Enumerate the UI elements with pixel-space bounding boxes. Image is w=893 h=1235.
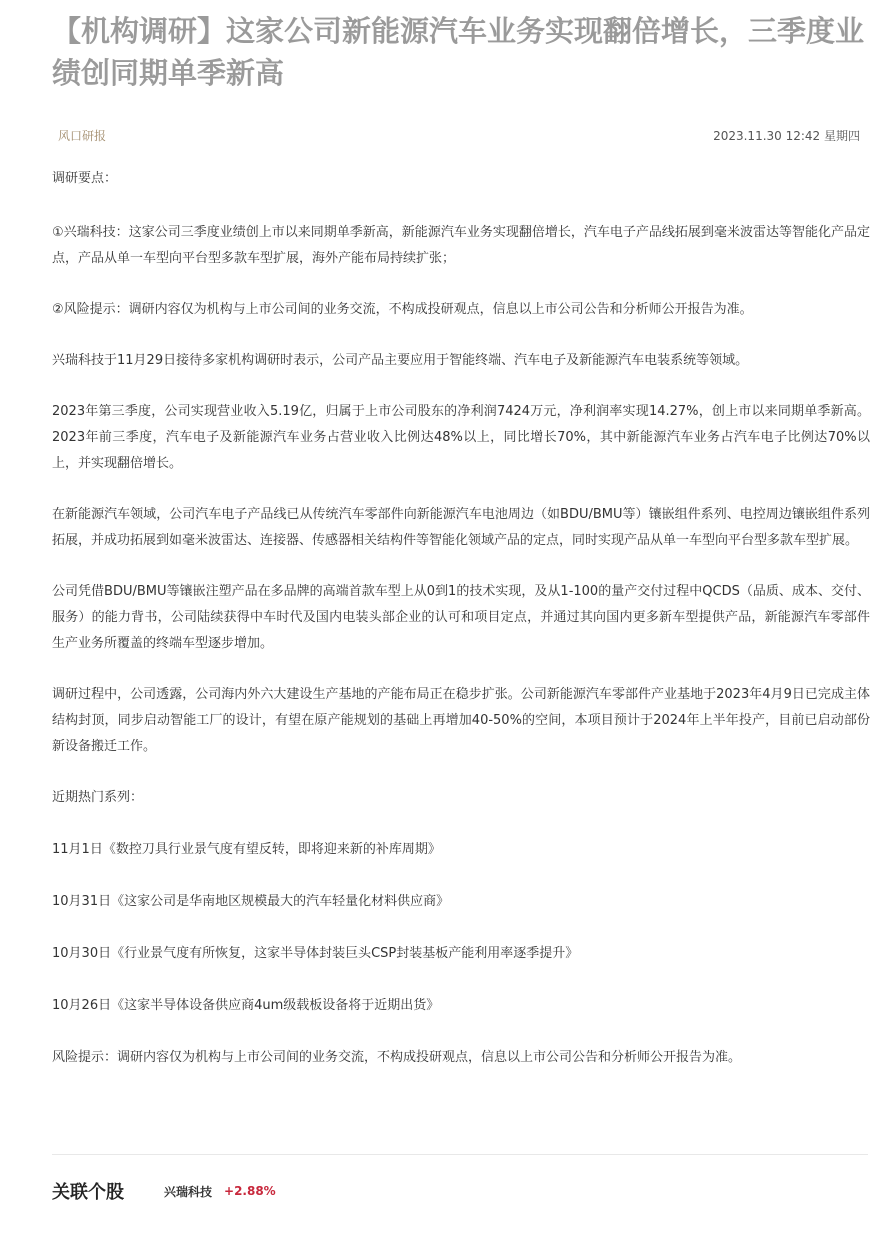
paragraph-point-1: ①兴瑞科技：这家公司三季度业绩创上市以来同期单季新高，新能源汽车业务实现翻倍增长… [52,220,870,272]
hot-series-item[interactable]: 10月26日《这家半导体设备供应商4um级载板设备将于近期出货》 [52,993,870,1019]
paragraph-capacity: 调研过程中，公司透露，公司海内外六大建设生产基地的产能布局正在稳步扩张。公司新能… [52,682,870,760]
hot-series-item[interactable]: 10月30日《行业景气度有所恢复，这家半导体封装巨头CSP封装基板产能利用率逐季… [52,941,870,967]
stock-link[interactable]: 兴瑞科技 [164,1183,212,1200]
hot-series-item[interactable]: 10月31日《这家公司是华南地区规模最大的汽车轻量化材料供应商》 [52,889,870,915]
hot-series-heading: 近期热门系列： [52,785,870,811]
article: 【机构调研】这家公司新能源汽车业务实现翻倍增长，三季度业绩创同期单季新高 风口研… [52,0,870,1096]
article-meta: 风口研报 2023.11.30 12:42 星期四 [52,126,870,146]
related-stocks: 关联个股 兴瑞科技 +2.88% [52,1176,276,1206]
article-title: 【机构调研】这家公司新能源汽车业务实现翻倍增长，三季度业绩创同期单季新高 [52,0,870,94]
hot-series-item[interactable]: 11月1日《数控刀具行业景气度有望反转，即将迎来新的补库周期》 [52,837,870,863]
article-body: 调研要点： ①兴瑞科技：这家公司三季度业绩创上市以来同期单季新高，新能源汽车业务… [52,166,870,1071]
risk-disclaimer: 风险提示：调研内容仅为机构与上市公司间的业务交流，不构成投研观点，信息以上市公司… [52,1045,870,1071]
article-source[interactable]: 风口研报 [58,126,106,146]
research-points-heading: 调研要点： [52,166,870,192]
paragraph-point-2: ②风险提示：调研内容仅为机构与上市公司间的业务交流，不构成投研观点，信息以上市公… [52,297,870,323]
section-divider [52,1154,868,1155]
paragraph-ev-products: 在新能源汽车领域，公司汽车电子产品线已从传统汽车零部件向新能源汽车电池周边（如B… [52,502,870,554]
paragraph-intro: 兴瑞科技于11月29日接待多家机构调研时表示，公司产品主要应用于智能终端、汽车电… [52,348,870,374]
related-stocks-label: 关联个股 [52,1178,124,1204]
paragraph-bdu-bmu: 公司凭借BDU/BMU等镶嵌注塑产品在多品牌的高端首款车型上从0到1的技术实现，… [52,579,870,657]
hot-series-list: 近期热门系列： 11月1日《数控刀具行业景气度有望反转，即将迎来新的补库周期》 … [52,785,870,1019]
article-datetime: 2023.11.30 12:42 星期四 [713,126,860,146]
stock-change-badge: +2.88% [224,1184,276,1198]
paragraph-q3-results: 2023年第三季度，公司实现营业收入5.19亿，归属于上市公司股东的净利润742… [52,399,870,477]
